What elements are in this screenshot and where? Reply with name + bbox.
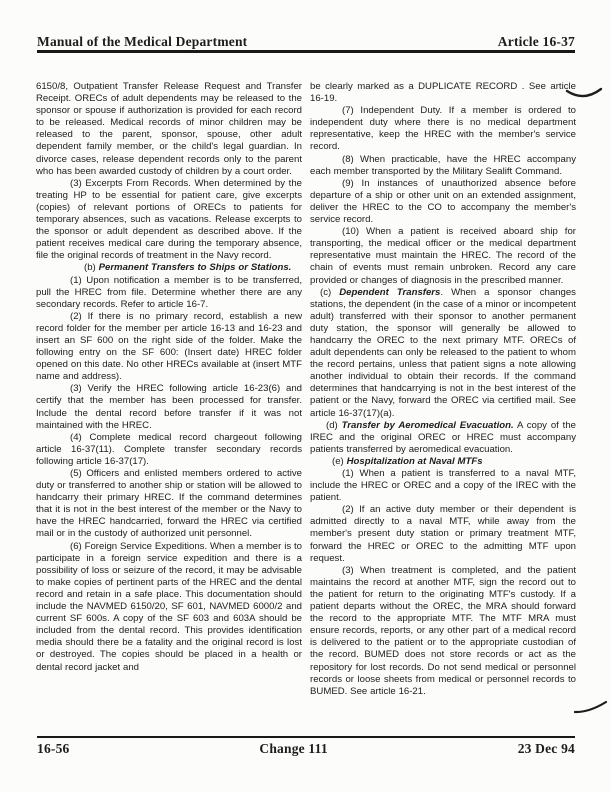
page-number: 16-56 xyxy=(37,741,70,757)
para-b9-unauthorized-absence: (9) In instances of unauthorized absence… xyxy=(310,178,576,226)
para-b10-aboard-ship: (10) When a patient is received aboard s… xyxy=(310,226,576,286)
para-continuation-6150-8: 6150/8, Outpatient Transfer Release Requ… xyxy=(36,81,302,178)
para-a3-excerpts-from-records: (3) Excerpts From Records. When determin… xyxy=(36,178,302,263)
para-b6-continuation-duplicate: be clearly marked as a DUPLICATE RECORD … xyxy=(310,81,576,105)
page-header: Manual of the Medical Department Article… xyxy=(37,34,575,50)
page-footer: 16-56 Change 111 23 Dec 94 xyxy=(37,741,575,757)
body-columns: 6150/8, Outpatient Transfer Release Requ… xyxy=(36,81,576,734)
para-b1-notification: (1) Upon notification a member is to be … xyxy=(36,275,302,311)
heading-b-permanent-transfers: (b) Permanent Transfers to Ships or Stat… xyxy=(36,262,302,274)
para-b2-no-primary-record: (2) If there is no primary record, estab… xyxy=(36,311,302,384)
header-rule xyxy=(37,50,575,53)
pen-mark-icon xyxy=(573,699,609,717)
left-column: 6150/8, Outpatient Transfer Release Requ… xyxy=(36,81,302,734)
para-c-dependent-transfers: (c) Dependent Transfers. When a sponsor … xyxy=(310,287,576,420)
document-page: Manual of the Medical Department Article… xyxy=(0,0,611,792)
para-b3-verify-hrec: (3) Verify the HREC following article 16… xyxy=(36,383,302,431)
para-e2-direct-admission: (2) If an active duty member or their de… xyxy=(310,504,576,564)
pen-mark-icon xyxy=(564,85,604,105)
para-b5-handcarry: (5) Officers and enlisted members ordere… xyxy=(36,468,302,541)
footer-date: 23 Dec 94 xyxy=(518,741,575,757)
manual-title: Manual of the Medical Department xyxy=(37,34,247,50)
para-b6-foreign-service: (6) Foreign Service Expeditions. When a … xyxy=(36,541,302,674)
para-e3-treatment-completed: (3) When treatment is completed, and the… xyxy=(310,565,576,698)
right-column: be clearly marked as a DUPLICATE RECORD … xyxy=(310,81,576,734)
footer-rule xyxy=(37,736,575,738)
para-b8-military-sealift: (8) When practicable, have the HREC acco… xyxy=(310,154,576,178)
para-d-aeromedical-evacuation: (d) Transfer by Aeromedical Evacuation. … xyxy=(310,420,576,456)
heading-e-hospitalization-naval-mtfs: (e) Hospitalization at Naval MTFs xyxy=(310,456,576,468)
para-e1-transfer-naval-mtf: (1) When a patient is transferred to a n… xyxy=(310,468,576,504)
para-b7-independent-duty: (7) Independent Duty. If a member is ord… xyxy=(310,105,576,153)
change-label: Change 111 xyxy=(259,741,327,757)
para-b4-chargeout: (4) Complete medical record chargeout fo… xyxy=(36,432,302,468)
article-number: Article 16-37 xyxy=(498,34,575,50)
